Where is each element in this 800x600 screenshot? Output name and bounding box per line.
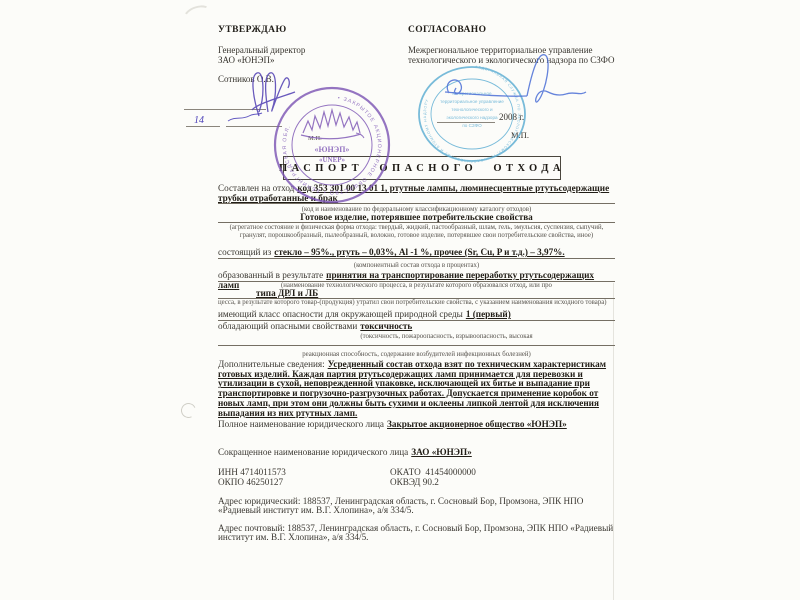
field-type: типа ДРЛ и ЛБ — [218, 289, 615, 299]
okpo-label: ОКПО — [218, 477, 244, 487]
field-additional-label: Дополнительные сведения: — [218, 359, 325, 369]
caption-component: (компонентный состав отхода в процентах) — [218, 262, 615, 270]
authority-stamp-line: территориальное управление — [440, 99, 504, 104]
approve-handwritten-day: 14 — [194, 115, 204, 126]
scan-smudge — [181, 2, 216, 30]
okved-value: 90.2 — [423, 477, 439, 487]
approve-mp-mark: М.П. — [308, 135, 322, 142]
field-short-name-label: Сокращенное наименование юридического ли… — [218, 447, 408, 457]
authority-stamp-line: экологического надзора — [446, 115, 498, 120]
field-props-value: токсичность — [360, 321, 412, 331]
address-postal: Адрес почтовый: 188537, Ленинградская об… — [218, 524, 615, 543]
approve-date-line-month — [226, 126, 282, 127]
authority-stamp-line: технологического и — [451, 107, 493, 112]
doc-title-box: ПАСПОРТ ОПАСНОГО ОТХОДА — [283, 156, 561, 180]
agree-year: 2008 г. — [499, 112, 524, 122]
agree-title: СОГЛАСОВАНО — [408, 25, 486, 35]
caption-props-2: реакционная способность, содержание возб… — [218, 351, 615, 359]
field-formed: образованный в результатепринятия на тра… — [218, 271, 615, 282]
field-consists-label: состоящий из — [218, 247, 271, 257]
approve-date-line-day — [186, 126, 220, 127]
field-composed: Составлен на отходкод 353 301 00 13 01 1… — [218, 184, 615, 204]
caption-process2: цесса, в результате которого товар-(прод… — [218, 299, 615, 307]
seal-ring-text: • ЗАКРЫТОЕ АКЦИОНЕРНОЕ ОБЩЕСТВО • ЛЕНИНГ… — [282, 95, 382, 195]
address-legal: Адрес юридический: 188537, Ленинградская… — [218, 497, 615, 516]
codes-block: ИНН 4714011573ОКАТО 41454000000 ОКПО 462… — [218, 467, 615, 487]
doc-title: ПАСПОРТ ОПАСНОГО ОТХОДА — [279, 163, 565, 174]
field-consists: состоящий изстекло – 95%., ртуть – 0,03%… — [218, 248, 615, 259]
seal-name-ru: «ЮНЭП» — [315, 145, 350, 154]
field-state-value: Готовое изделие, потерявшее потребительс… — [300, 212, 533, 222]
field-formed-label: образованный в результате — [218, 270, 323, 280]
field-consists-value: стекло – 95%., ртуть – 0,03%, Al -1 %, п… — [274, 247, 564, 257]
okpo-row: ОКПО 46250127 — [218, 477, 390, 487]
field-short-name: Сокращенное наименование юридического ли… — [218, 448, 615, 458]
approve-signer-name: Сотников О.В. — [218, 74, 274, 84]
field-short-name-value: ЗАО «ЮНЭП» — [411, 447, 472, 457]
authority-stamp-line: по СЗФО — [462, 123, 482, 128]
field-full-name: Полное наименование юридического лицаЗак… — [218, 420, 615, 430]
authority-stamp-line: Межрегиональное — [452, 91, 492, 96]
okved-label: ОКВЭД — [390, 477, 420, 487]
inn-row: ИНН 4714011573 — [218, 467, 390, 477]
field-state: Готовое изделие, потерявшее потребительс… — [218, 213, 615, 223]
okved-row: ОКВЭД 90.2 — [390, 477, 439, 487]
caption-state: (агрегатное состояние и физическая форма… — [218, 224, 615, 239]
field-props-label: обладающий опасными свойствами — [218, 321, 357, 331]
hedgehog-icon — [301, 110, 364, 139]
approve-signature-line — [184, 109, 266, 110]
approve-handwritten-month — [228, 113, 262, 121]
okato-label: ОКАТО — [390, 467, 421, 477]
field-composed-label: Составлен на отход — [218, 183, 294, 193]
svg-text:• ЗАКРЫТОЕ АКЦИОНЕРНОЕ ОБЩЕСТВ: • ЗАКРЫТОЕ АКЦИОНЕРНОЕ ОБЩЕСТВО • ЛЕНИНГ… — [282, 95, 382, 195]
approve-role-line1: Генеральный директор — [218, 45, 305, 55]
field-hazard-label: имеющий класс опасности для окружающей п… — [218, 309, 463, 319]
field-additional: Дополнительные сведения:Усредненный сост… — [218, 360, 615, 418]
field-type-value: типа ДРЛ и ЛБ — [256, 288, 318, 298]
inn-value: 4714011573 — [240, 467, 286, 477]
field-props: обладающий опасными свойствамитоксичност… — [218, 322, 615, 332]
props-rule — [218, 336, 615, 346]
field-full-name-label: Полное наименование юридического лица — [218, 419, 384, 429]
scan-punch-mark — [179, 401, 198, 420]
field-additional-value: Усредненный состав отхода взят по технич… — [218, 359, 606, 418]
okpo-value: 46250127 — [246, 477, 283, 487]
field-hazard-value: 1 (первый) — [466, 309, 511, 319]
agree-date-line — [437, 122, 495, 123]
agree-org: Межрегиональное территориальное управлен… — [408, 45, 621, 65]
inn-label: ИНН — [218, 467, 238, 477]
approve-role-line2: ЗАО «ЮНЭП» — [218, 55, 275, 65]
form-body: Составлен на отходкод 353 301 00 13 01 1… — [218, 184, 615, 554]
okato-row: ОКАТО 41454000000 — [390, 467, 476, 477]
okato-value: 41454000000 — [425, 467, 476, 477]
agree-mp-mark: М.П. — [511, 130, 529, 140]
field-full-name-value: Закрытое акционерное общество «ЮНЭП» — [387, 419, 567, 429]
field-hazard-class: имеющий класс опасности для окружающей п… — [218, 310, 615, 321]
approve-title: УТВЕРЖДАЮ — [218, 25, 287, 35]
